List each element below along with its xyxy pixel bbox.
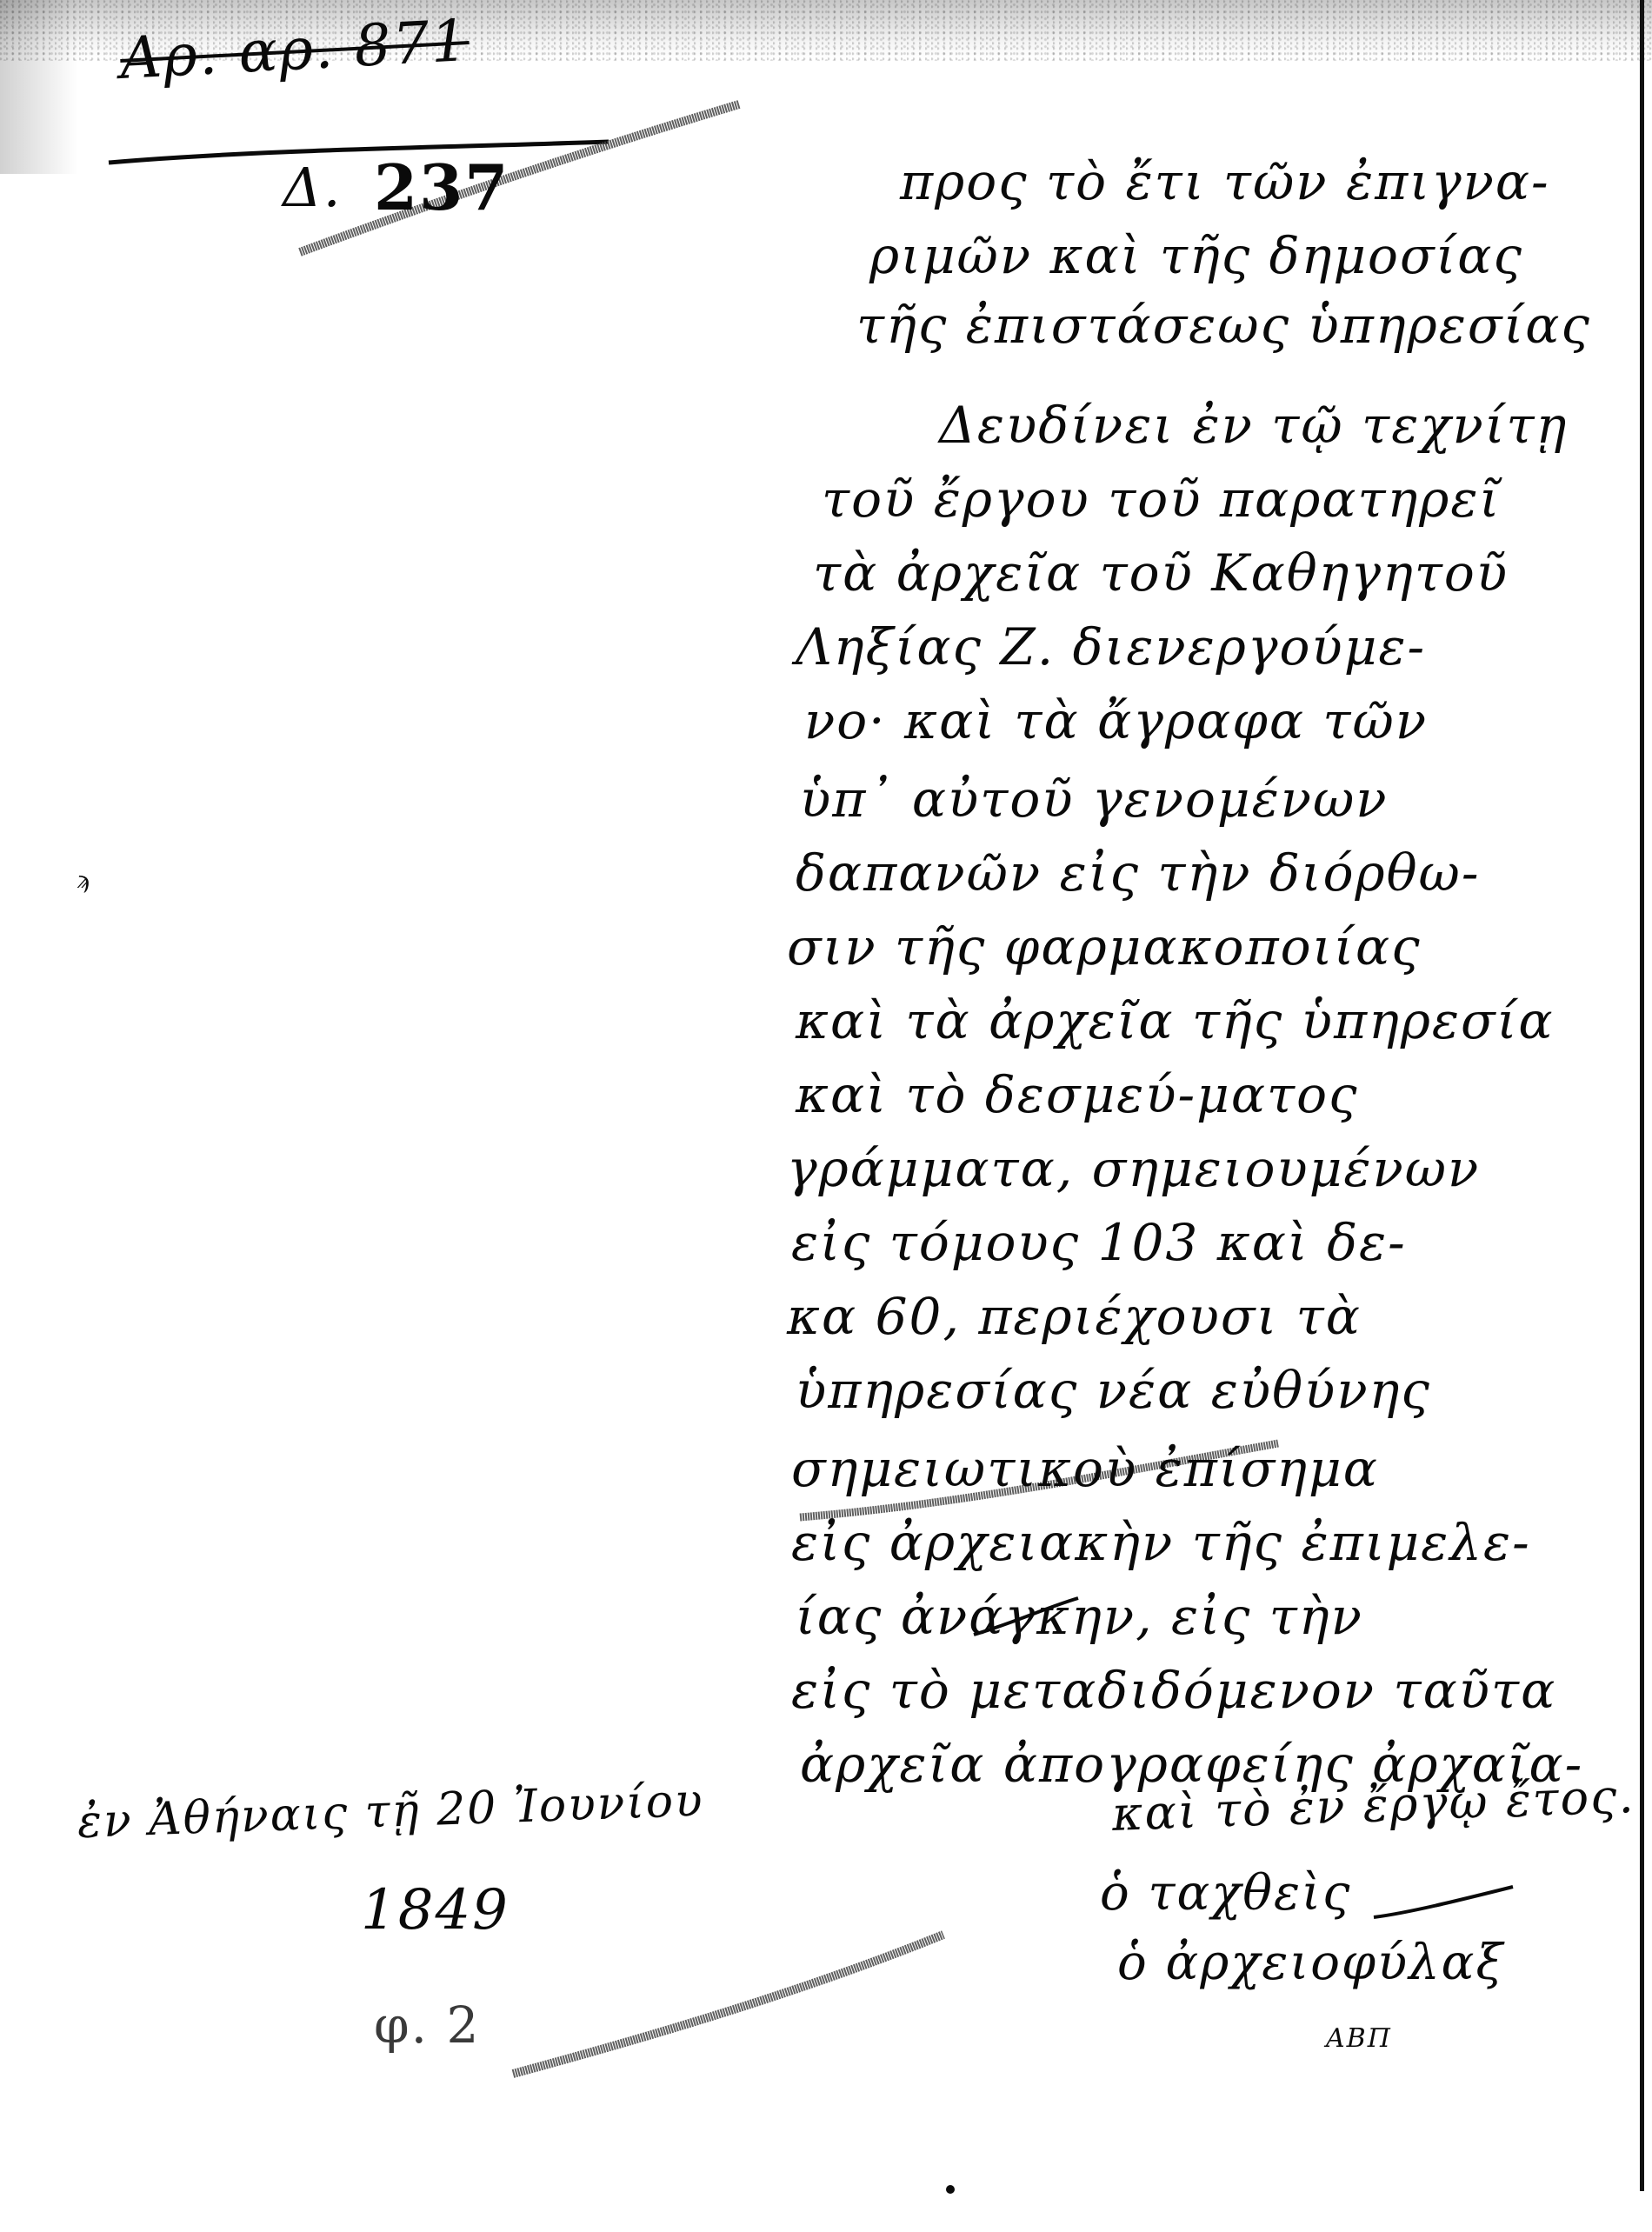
body-line-11: σιν τῆς φαρμακοποιίας xyxy=(787,922,1422,972)
body-line-21: εἰς τὸ μεταδιδόμενον ταῦτα xyxy=(791,1665,1556,1716)
signature-monogram: ΑΒΠ xyxy=(1326,2026,1392,2052)
body-line-14: γράμματα, σημειουμένων xyxy=(787,1143,1480,1194)
margin-mark: ϡ xyxy=(77,869,91,892)
body-line-19: εἰς ἀρχειακὴν τῆς ἐπιμελε- xyxy=(791,1517,1531,1568)
folder-reference-prefix: Δ. xyxy=(283,161,342,215)
folio-mark: φ. 2 xyxy=(374,2000,480,2050)
manuscript-page: Αρ. αρ. 871 Δ. 237 ϡ προς τὸ ἔτι τῶν ἐπι… xyxy=(0,0,1652,2232)
body-line-4: Δευδίνει ἐν τῷ τεχνίτῃ xyxy=(939,400,1568,450)
archive-reference: Αρ. αρ. 871 xyxy=(119,12,471,88)
body-line-3: τῆς ἐπιστάσεως ὑπηρεσίας xyxy=(856,300,1591,350)
body-line-15: εἰς τόμους 103 καὶ δε- xyxy=(791,1217,1407,1268)
body-line-12: καὶ τὰ ἀρχεῖα τῆς ὑπηρεσία xyxy=(796,996,1555,1046)
signature-line-1: ὁ ταχθεὶς xyxy=(1100,1869,1351,1918)
date-year: 1849 xyxy=(361,1882,510,1938)
body-line-1: προς τὸ ἔτι τῶν ἐπιγνα- xyxy=(900,157,1550,207)
body-line-17: ὑπηρεσίας νέα εὐθύνης xyxy=(796,1365,1431,1416)
body-line-10: δαπανῶν εἰς τὴν διόρθω- xyxy=(796,848,1480,898)
signature-line-2: ὁ ἀρχειοφύλαξ xyxy=(1117,1939,1504,1988)
body-line-18: σημειωτικοὺ ἐπίσημα xyxy=(791,1443,1379,1494)
body-line-2: ριμῶν καὶ τῆς δημοσίας xyxy=(869,230,1523,281)
body-line-13: καὶ τὸ δεσμεύ-ματος xyxy=(796,1069,1358,1120)
body-line-5: τοῦ ἔργου τοῦ παρατηρεῖ xyxy=(822,474,1501,524)
body-line-16: κα 60, περιέχουσι τὰ xyxy=(787,1291,1362,1342)
body-line-20: ίας ἀνάγκην, εἰς τὴν xyxy=(796,1591,1363,1642)
folder-reference-number: 237 xyxy=(374,157,510,219)
body-line-8: νο· καὶ τὰ ἄγραφα τῶν xyxy=(804,696,1428,746)
body-line-7: Ληξίας Ζ. διενεργούμε- xyxy=(796,622,1426,672)
body-line-6: τὰ ἀρχεῖα τοῦ Καθηγητοῦ xyxy=(813,548,1509,598)
body-line-9: ὑπ᾽ αὐτοῦ γενομένων xyxy=(800,774,1389,824)
